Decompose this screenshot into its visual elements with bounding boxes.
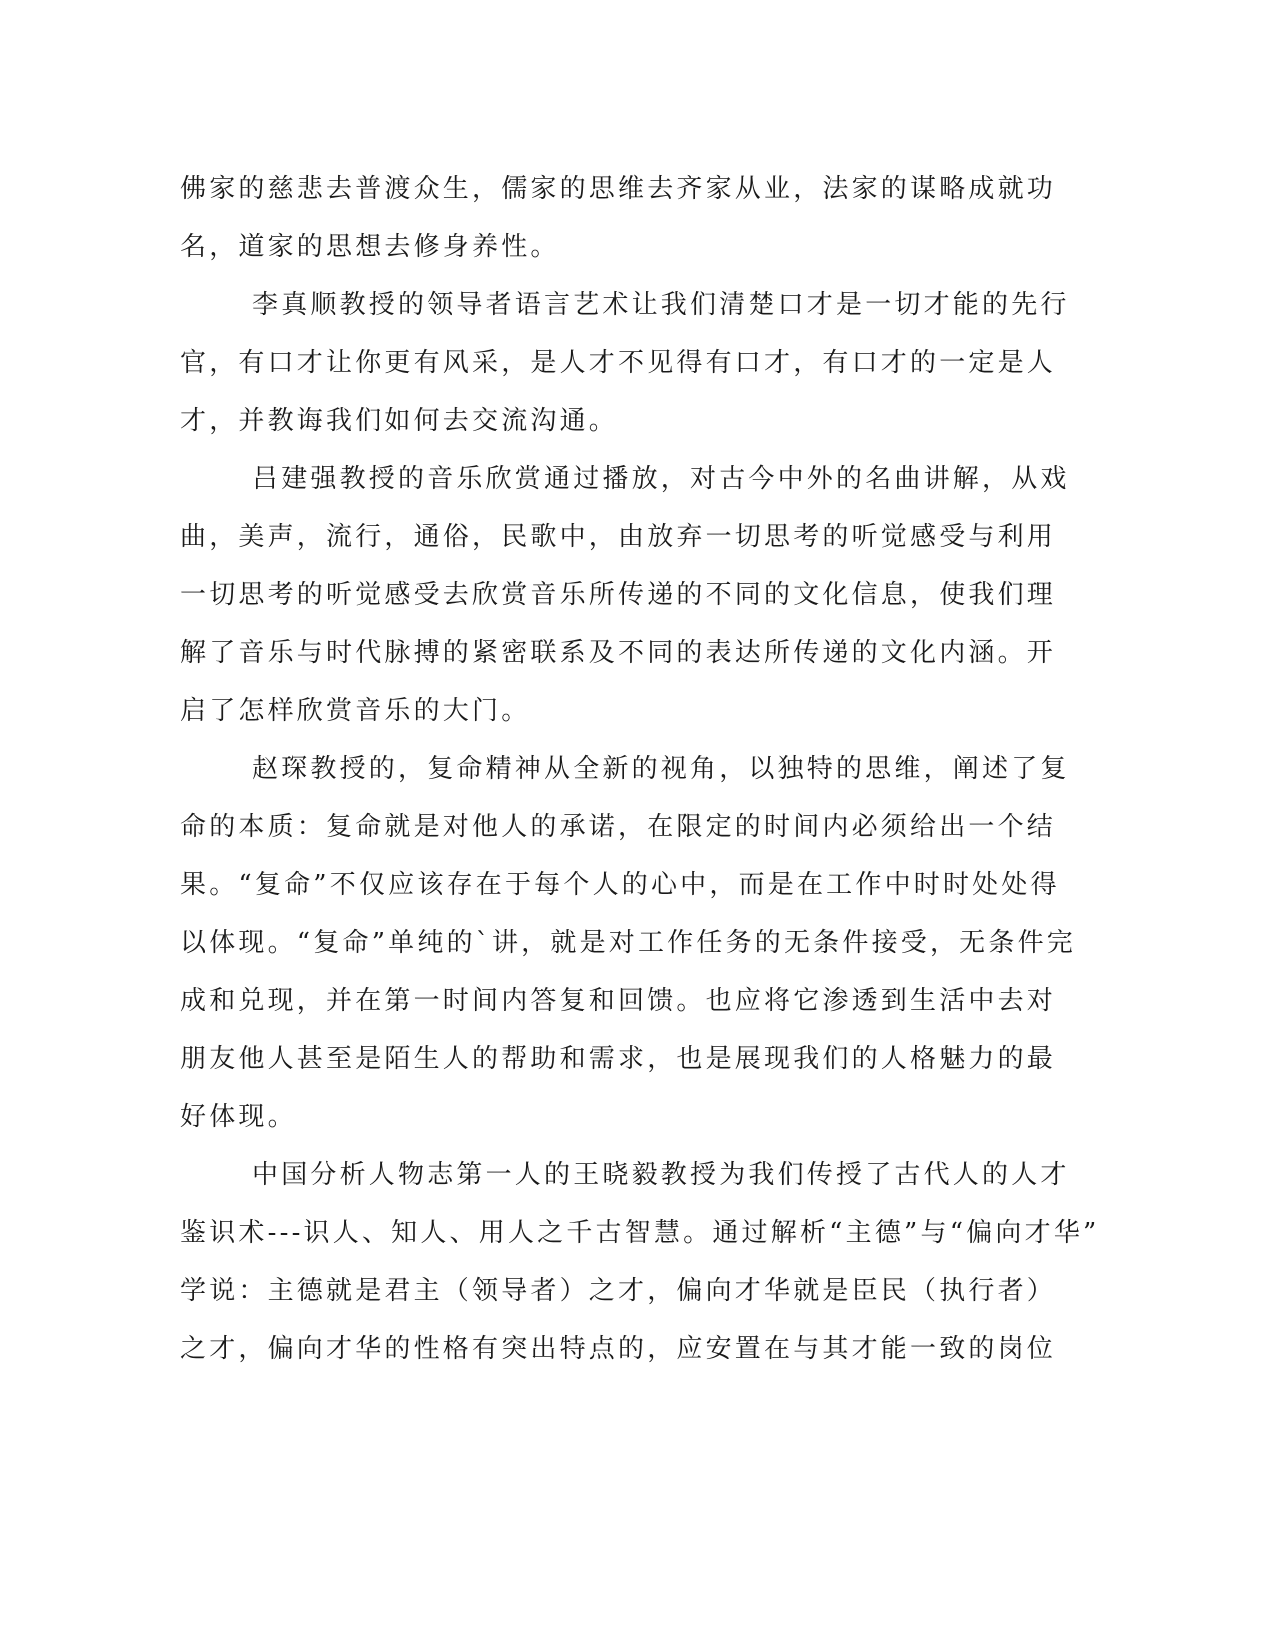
text-line: 佛家的慈悲去普渡众生，儒家的思维去齐家从业，法家的谋略成就功 bbox=[180, 160, 1040, 218]
text-line: 学说：主德就是君主（领导者）之才，偏向才华就是臣民（执行者） bbox=[180, 1262, 1040, 1320]
paragraph-zhao-chen: 赵琛教授的，复命精神从全新的视角，以独特的思维，阐述了复 命的本质：复命就是对他… bbox=[180, 740, 1040, 1146]
text-line: 一切思考的听觉感受去欣赏音乐所传递的不同的文化信息，使我们理 bbox=[180, 566, 1040, 624]
text-line: 李真顺教授的领导者语言艺术让我们清楚口才是一切才能的先行 bbox=[180, 276, 1040, 334]
document-page: 佛家的慈悲去普渡众生，儒家的思维去齐家从业，法家的谋略成就功 名，道家的思想去修… bbox=[0, 0, 1275, 1650]
document-body: 佛家的慈悲去普渡众生，儒家的思维去齐家从业，法家的谋略成就功 名，道家的思想去修… bbox=[180, 160, 1040, 1378]
paragraph-li-zhenshun: 李真顺教授的领导者语言艺术让我们清楚口才是一切才能的先行 官，有口才让你更有风采… bbox=[180, 276, 1040, 450]
text-line: 名，道家的思想去修身养性。 bbox=[180, 218, 1040, 276]
text-line: 才，并教诲我们如何去交流沟通。 bbox=[180, 392, 1040, 450]
paragraph-schools-of-thought: 佛家的慈悲去普渡众生，儒家的思维去齐家从业，法家的谋略成就功 名，道家的思想去修… bbox=[180, 160, 1040, 276]
text-line: 启了怎样欣赏音乐的大门。 bbox=[180, 682, 1040, 740]
text-line: 吕建强教授的音乐欣赏通过播放，对古今中外的名曲讲解，从戏 bbox=[180, 450, 1040, 508]
paragraph-lv-jianqiang: 吕建强教授的音乐欣赏通过播放，对古今中外的名曲讲解，从戏 曲，美声，流行，通俗，… bbox=[180, 450, 1040, 740]
text-line: 曲，美声，流行，通俗，民歌中，由放弃一切思考的听觉感受与利用 bbox=[180, 508, 1040, 566]
text-line: 以体现。“复命”单纯的`讲，就是对工作任务的无条件接受，无条件完 bbox=[180, 914, 1040, 972]
text-line: 命的本质：复命就是对他人的承诺，在限定的时间内必须给出一个结 bbox=[180, 798, 1040, 856]
paragraph-wang-xiaoyi: 中国分析人物志第一人的王晓毅教授为我们传授了古代人的人才 鉴识术---识人、知人… bbox=[180, 1146, 1040, 1378]
text-line: 赵琛教授的，复命精神从全新的视角，以独特的思维，阐述了复 bbox=[180, 740, 1040, 798]
text-line: 之才，偏向才华的性格有突出特点的，应安置在与其才能一致的岗位 bbox=[180, 1320, 1040, 1378]
text-line: 中国分析人物志第一人的王晓毅教授为我们传授了古代人的人才 bbox=[180, 1146, 1040, 1204]
text-line: 果。“复命”不仅应该存在于每个人的心中，而是在工作中时时处处得 bbox=[180, 856, 1040, 914]
text-line: 鉴识术---识人、知人、用人之千古智慧。通过解析“主德”与“偏向才华” bbox=[180, 1204, 1040, 1262]
text-line: 官，有口才让你更有风采，是人才不见得有口才，有口才的一定是人 bbox=[180, 334, 1040, 392]
text-line: 解了音乐与时代脉搏的紧密联系及不同的表达所传递的文化内涵。开 bbox=[180, 624, 1040, 682]
text-line: 朋友他人甚至是陌生人的帮助和需求，也是展现我们的人格魅力的最 bbox=[180, 1030, 1040, 1088]
text-line: 好体现。 bbox=[180, 1088, 1040, 1146]
text-line: 成和兑现，并在第一时间内答复和回馈。也应将它渗透到生活中去对 bbox=[180, 972, 1040, 1030]
